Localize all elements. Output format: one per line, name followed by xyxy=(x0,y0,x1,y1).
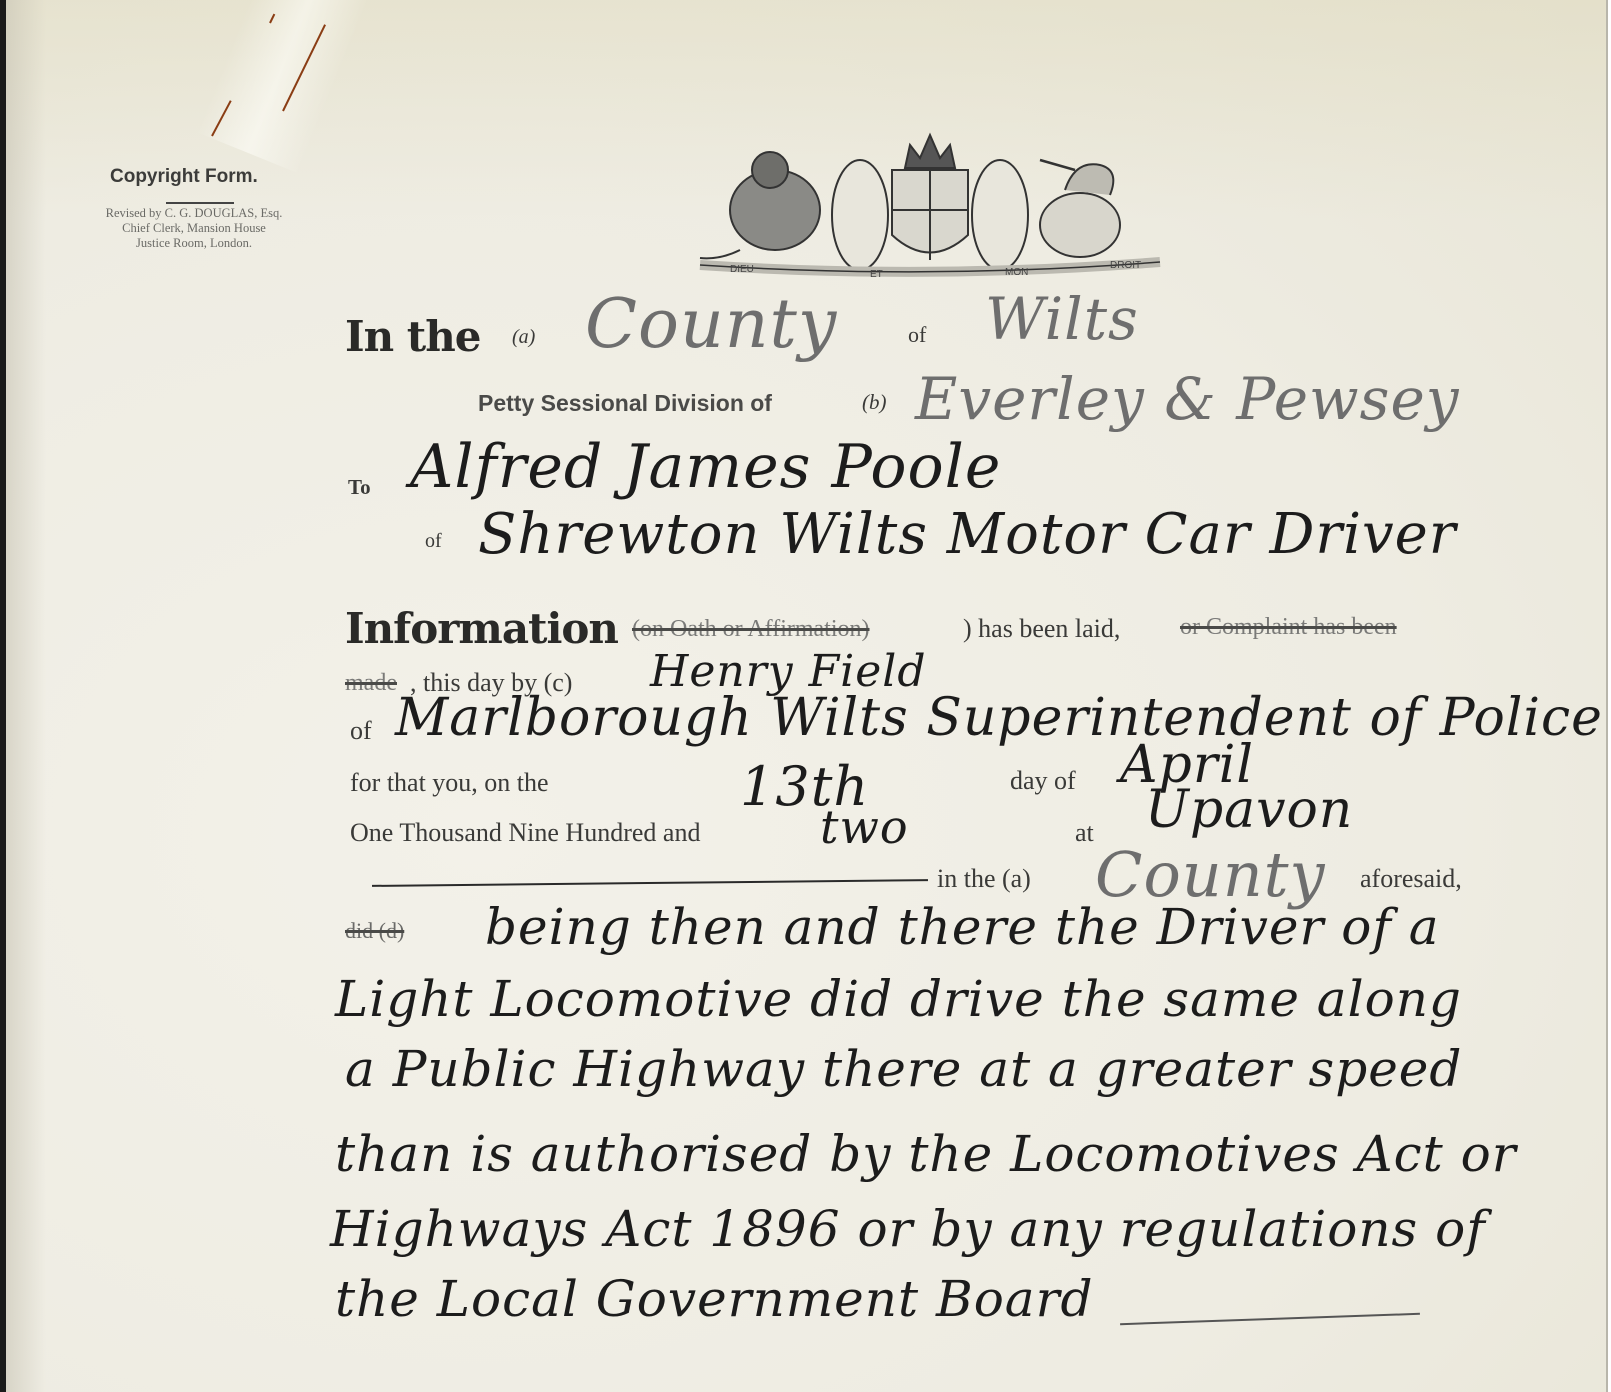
struck-did-text: did (d) xyxy=(345,918,404,944)
in-the-label: In the xyxy=(345,312,480,361)
document-page: Copyright Form. Revised by C. G. DOUGLAS… xyxy=(0,0,1608,1392)
offence-line: Highways Act 1896 or by any regulations … xyxy=(330,1200,1486,1258)
at-label: at xyxy=(1075,818,1094,848)
information-label: Information xyxy=(345,604,618,653)
svg-text:MON: MON xyxy=(1005,267,1028,278)
marker-a: (a) xyxy=(512,326,535,349)
year-prefix-label: One Thousand Nine Hundred and xyxy=(350,818,700,848)
closing-line xyxy=(1120,1313,1420,1325)
struck-made-text: made xyxy=(345,670,397,697)
copyright-note-line: Justice Room, London. xyxy=(66,236,322,251)
svg-text:ET: ET xyxy=(870,269,883,280)
paper-fold-crease xyxy=(197,0,374,173)
of-label: of xyxy=(350,716,372,746)
of-label: of xyxy=(425,530,442,553)
in-the-a-label: in the (a) xyxy=(937,864,1031,894)
copyright-note-line: Chief Clerk, Mansion House xyxy=(66,221,322,236)
county-name-value: Wilts xyxy=(985,285,1139,353)
of-label: of xyxy=(908,322,926,348)
scan-edge-fade xyxy=(6,0,46,1392)
offence-line: a Public Highway there at a greater spee… xyxy=(345,1040,1462,1098)
informant-details-value: Marlborough Wilts Superintendent of Poli… xyxy=(395,688,1603,748)
aforesaid-label: aforesaid, xyxy=(1360,864,1462,894)
division-value: Everley & Pewsey xyxy=(915,365,1460,433)
defendant-name-value: Alfred James Poole xyxy=(410,432,1001,502)
copyright-rule xyxy=(166,202,234,204)
defendant-address-value: Shrewton Wilts Motor Car Driver xyxy=(478,502,1457,567)
struck-oath-text: (on Oath or Affirmation) xyxy=(632,616,870,643)
svg-text:DROIT: DROIT xyxy=(1110,260,1141,271)
day-of-label: day of xyxy=(1010,766,1076,796)
offence-line: Light Locomotive did drive the same alon… xyxy=(335,970,1462,1028)
royal-coat-of-arms-icon: DIEU ET MON DROIT xyxy=(680,130,1180,280)
petty-sessional-label: Petty Sessional Division of xyxy=(478,390,772,417)
copyright-note-line: Revised by C. G. DOUGLAS, Esq. xyxy=(66,206,322,221)
year-value: two xyxy=(820,800,909,854)
copyright-form-title: Copyright Form. xyxy=(110,166,258,188)
marker-b: (b) xyxy=(862,390,887,415)
for-that-label: for that you, on the xyxy=(350,768,549,798)
laid-text: ) has been laid, xyxy=(963,614,1120,644)
svg-text:DIEU: DIEU xyxy=(730,264,754,275)
offence-line: than is authorised by the Locomotives Ac… xyxy=(335,1125,1517,1183)
county-field-value: County xyxy=(585,285,837,364)
copyright-note: Revised by C. G. DOUGLAS, Esq. Chief Cle… xyxy=(66,206,322,251)
offence-line: the Local Government Board xyxy=(335,1270,1094,1328)
blank-fill-line xyxy=(372,879,928,887)
to-label: To xyxy=(348,475,371,500)
place-value: Upavon xyxy=(1145,780,1353,840)
struck-complaint-text: or Complaint has been xyxy=(1180,614,1397,641)
offence-line: being then and there the Driver of a xyxy=(485,898,1440,956)
